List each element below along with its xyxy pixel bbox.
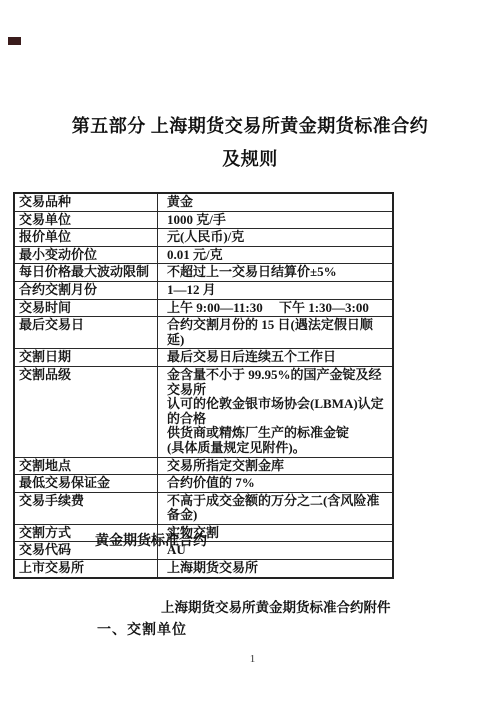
spec-value: 不超过上一交易日结算价±5% [158, 264, 394, 282]
spec-label: 交割地点 [14, 457, 158, 475]
section-heading-delivery-unit: 一、交割单位 [97, 619, 187, 639]
table-row: 最后交易日 合约交割月份的 15 日(遇法定假日顺延) [14, 317, 393, 349]
table-row: 报价单位 元(人民币)/克 [14, 229, 393, 247]
spec-value: 元(人民币)/克 [158, 229, 394, 247]
spec-label: 交割日期 [14, 349, 158, 367]
spec-value: 0.01 元/克 [158, 246, 394, 264]
spec-value: 合约价值的 7% [158, 475, 394, 493]
document-page: 第五部分 上海期货交易所黄金期货标准合约 及规则 交易品种 黄金 交易单位 10… [0, 0, 500, 707]
spec-label: 交易时间 [14, 299, 158, 317]
spec-label: 报价单位 [14, 229, 158, 247]
table-row: 交割日期 最后交易日后连续五个工作日 [14, 349, 393, 367]
spec-label: 合约交割月份 [14, 281, 158, 299]
table-row: 交割地点 交易所指定交割金库 [14, 457, 393, 475]
spec-label: 交易手续费 [14, 492, 158, 524]
spec-label: 最后交易日 [14, 317, 158, 349]
spec-label: 交易品种 [14, 193, 158, 211]
spec-label: 上市交易所 [14, 560, 158, 578]
table-row: 交易手续费 不高于成交金额的万分之二(含风险准备金) [14, 492, 393, 524]
spec-value: 金含量不小于 99.95%的国产金锭及经交易所 认可的伦敦金银市场协会(LBMA… [158, 366, 394, 457]
table-row: 交易时间 上午 9:00—11:30 下午 1:30—3:00 [14, 299, 393, 317]
table-row: 交易单位 1000 克/手 [14, 211, 393, 229]
spec-label: 交割品级 [14, 366, 158, 457]
contract-subtitle: 黄金期货标准合约 [95, 530, 207, 550]
contract-spec-table-body: 交易品种 黄金 交易单位 1000 克/手 报价单位 元(人民币)/克 最小变动… [14, 193, 393, 578]
spec-label: 交易单位 [14, 211, 158, 229]
scan-artifact-mark [8, 37, 21, 45]
page-title-line1: 第五部分 上海期货交易所黄金期货标准合约 [0, 110, 500, 143]
spec-value: 不高于成交金额的万分之二(含风险准备金) [158, 492, 394, 524]
table-row: 交易品种 黄金 [14, 193, 393, 211]
spec-value: 黄金 [158, 193, 394, 211]
table-row: 最小变动价位 0.01 元/克 [14, 246, 393, 264]
spec-value: 上海期货交易所 [158, 560, 394, 578]
table-row: 交割品级 金含量不小于 99.95%的国产金锭及经交易所 认可的伦敦金银市场协会… [14, 366, 393, 457]
spec-value: 合约交割月份的 15 日(遇法定假日顺延) [158, 317, 394, 349]
table-row: 每日价格最大波动限制 不超过上一交易日结算价±5% [14, 264, 393, 282]
page-title: 第五部分 上海期货交易所黄金期货标准合约 及规则 [0, 110, 500, 176]
spec-label: 最小变动价位 [14, 246, 158, 264]
table-row: 上市交易所 上海期货交易所 [14, 560, 393, 578]
spec-value: 交易所指定交割金库 [158, 457, 394, 475]
table-row: 最低交易保证金 合约价值的 7% [14, 475, 393, 493]
spec-value: 1000 克/手 [158, 211, 394, 229]
attachment-title: 上海期货交易所黄金期货标准合约附件 [161, 596, 391, 616]
spec-label: 每日价格最大波动限制 [14, 264, 158, 282]
spec-value: 1—12 月 [158, 281, 394, 299]
spec-value: 上午 9:00—11:30 下午 1:30—3:00 [158, 299, 394, 317]
table-row: 合约交割月份 1—12 月 [14, 281, 393, 299]
contract-spec-table: 交易品种 黄金 交易单位 1000 克/手 报价单位 元(人民币)/克 最小变动… [13, 192, 394, 579]
page-title-line2: 及规则 [0, 143, 500, 176]
page-number: 1 [0, 653, 500, 665]
spec-label: 最低交易保证金 [14, 475, 158, 493]
spec-value: 最后交易日后连续五个工作日 [158, 349, 394, 367]
